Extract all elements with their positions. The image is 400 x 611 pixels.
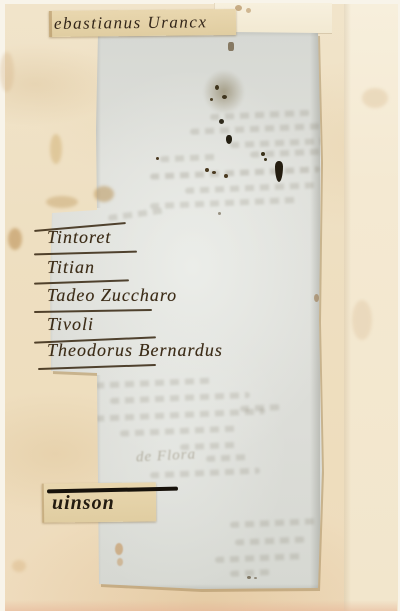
artist-name: Tintoret: [47, 227, 111, 248]
paper-stain: [0, 52, 14, 92]
ink-spot: [156, 157, 159, 160]
ink-smudge: [203, 70, 245, 114]
showthrough-line: [150, 197, 300, 210]
paper-stain: [8, 228, 22, 250]
showthrough-line: [108, 207, 168, 221]
showthrough-line: [95, 377, 215, 388]
showthrough-line: [110, 392, 250, 404]
ink-spot: [205, 168, 209, 172]
ink-spot: [226, 135, 232, 144]
artist-name: Tadeo Zuccharo: [47, 285, 177, 306]
bottom-slip-text: uinson: [52, 492, 115, 515]
showthrough-line: [215, 553, 305, 563]
paper-edge-shading: [310, 30, 320, 593]
top-name-slip: ebastianus Urancx: [49, 9, 236, 37]
rust-spot: [115, 543, 123, 555]
showthrough-line: [230, 518, 320, 528]
paper-stain: [362, 88, 388, 108]
showthrough-text: de Flora: [136, 446, 197, 466]
showthrough-line: [230, 138, 330, 148]
showthrough-line: [206, 454, 248, 462]
ink-spot: [222, 95, 227, 99]
showthrough-line: [235, 536, 305, 545]
paper-stain: [12, 560, 26, 572]
artist-name: Theodorus Bernardus: [47, 340, 223, 361]
artist-name: Titian: [47, 257, 95, 278]
ink-spot: [218, 212, 221, 215]
showthrough-line: [240, 404, 280, 412]
ink-spot: [235, 5, 242, 11]
ink-blot: [275, 161, 283, 182]
paper-stain: [352, 300, 372, 340]
ink-spot: [224, 174, 228, 178]
ink-spot: [314, 294, 319, 302]
paper-stain: [46, 196, 78, 208]
showthrough-line: [150, 166, 320, 179]
ink-spot: [212, 171, 216, 174]
showthrough-line: [120, 425, 240, 436]
ink-spot: [219, 119, 224, 124]
ink-spot: [264, 158, 267, 161]
showthrough-line: [160, 154, 220, 163]
ink-spot: [246, 8, 251, 13]
artist-name: Tivoli: [47, 314, 94, 335]
showthrough-line: [185, 182, 315, 194]
paper-stain: [50, 134, 62, 164]
scanned-manuscript-page: de Flora ebastia: [0, 0, 400, 611]
ink-spot: [210, 98, 213, 101]
paper-stain: [94, 186, 114, 202]
ink-spot: [228, 42, 234, 51]
ink-spot: [254, 577, 257, 579]
ink-spot: [215, 85, 219, 90]
ink-spot: [261, 152, 265, 156]
top-slip-text: ebastianus Urancx: [52, 12, 208, 34]
ink-spot: [247, 576, 251, 579]
bottom-edge-tint: [5, 600, 397, 611]
rust-spot: [117, 558, 123, 566]
showthrough-line: [150, 468, 260, 479]
showthrough-line: [190, 123, 320, 135]
